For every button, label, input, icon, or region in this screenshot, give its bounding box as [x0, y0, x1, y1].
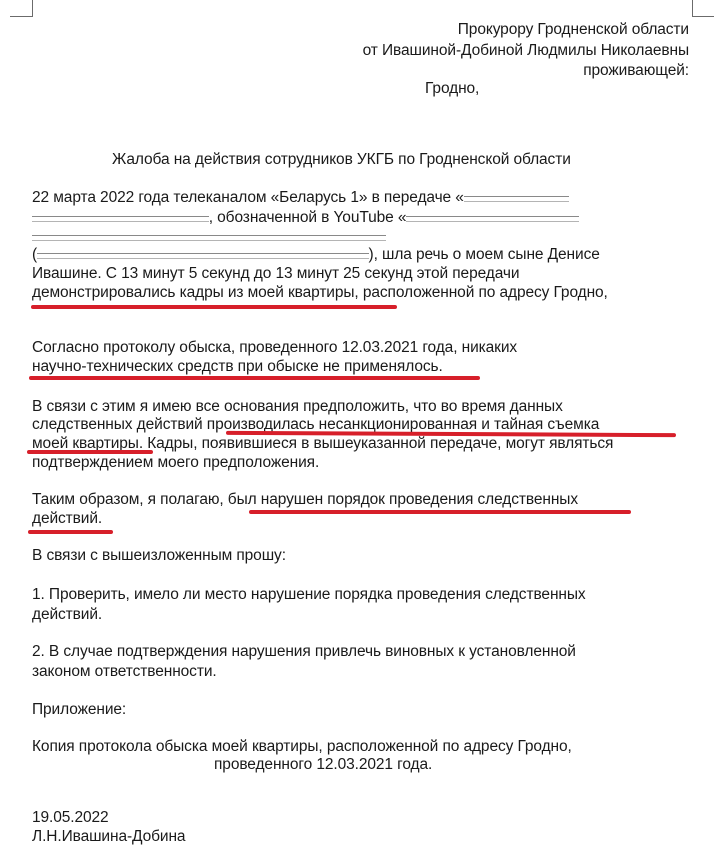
signature-date: 19.05.2022	[32, 808, 109, 828]
request-intro: В связи с вышеизложенным прошу:	[32, 546, 286, 566]
paragraph-4-line-2: действий.	[32, 509, 102, 529]
header-recipient: Прокурору Гродненской области	[458, 20, 689, 40]
text: ), шла речь о моем сыне Денисе	[369, 246, 600, 263]
paragraph-2-line-2: научно-технических средств при обыске не…	[32, 357, 443, 377]
red-underline-annotation	[28, 530, 113, 534]
request-item-line: законом ответственности.	[32, 662, 217, 682]
paragraph-1-line-2: Лебедевой «Это другое», обозначенной в Y…	[32, 208, 579, 228]
redacted-video-title-continued: посольства шпионили в Беларуси! ЭТО ДРУГ…	[32, 228, 386, 245]
attachment-label: Приложение:	[32, 700, 126, 720]
attachment-line-2: проведенного 12.03.2021 года.	[214, 755, 432, 775]
text: 22 марта 2022 года телеканалом «Беларусь…	[32, 189, 464, 206]
red-underline-annotation	[249, 510, 631, 514]
paragraph-1-line-3: посольства шпионили в Беларуси! ЭТО ДРУГ…	[32, 227, 386, 247]
paragraph-1-line-6: демонстрировались кадры из моей квартиры…	[32, 283, 608, 303]
redacted-show-host: Лебедевой «Это другое»	[32, 209, 209, 226]
signature-name: Л.Н.Ивашина-Добина	[32, 827, 185, 847]
header-city: Гродно,	[425, 79, 479, 99]
document-title: Жалоба на действия сотрудников УКГБ по Г…	[112, 150, 571, 170]
request-item-line: 1. Проверить, имело ли место нарушение п…	[32, 585, 586, 605]
red-underline-annotation	[31, 305, 397, 309]
paragraph-4-line-1: Таким образом, я полагаю, был нарушен по…	[32, 490, 578, 510]
red-underline-annotation	[29, 376, 480, 380]
redacted-show-name: Проект Ксении	[464, 189, 569, 206]
paragraph-2-line-1: Согласно протоколу обыска, проведенного …	[32, 338, 517, 358]
paragraph-3-line-1: В связи с этим я имею все основания пред…	[32, 397, 563, 417]
paragraph-3-line-4: подтверждением моего предположения.	[32, 453, 319, 473]
paragraph-1-line-5: Ивашине. С 13 минут 5 секунд до 13 минут…	[32, 264, 519, 284]
request-item-line: 2. В случае подтверждения нарушения прив…	[32, 642, 576, 662]
red-underline-annotation	[27, 450, 153, 454]
text: , обозначенной в YouTube «	[209, 209, 407, 226]
attachment-line-1: Копия протокола обыска моей квартиры, ра…	[32, 737, 572, 757]
paragraph-1-line-1: 22 марта 2022 года телеканалом «Беларусь…	[32, 188, 569, 208]
header-sender: от Ивашиной-Добиной Людмилы Николаевны	[363, 41, 689, 61]
redacted-video-title: Сотрудники украинского	[406, 209, 578, 226]
paragraph-1-line-4: (https://www.youtube.com/watch?v=...Ybod…	[32, 245, 600, 265]
request-item-line: действий.	[32, 605, 102, 625]
page-corner-mark-top-left	[10, 0, 33, 17]
page-corner-mark-top-right	[692, 0, 714, 17]
header-residing: проживающей:	[583, 61, 689, 81]
redacted-video-link: https://www.youtube.com/watch?v=...YbodT…	[37, 246, 368, 263]
